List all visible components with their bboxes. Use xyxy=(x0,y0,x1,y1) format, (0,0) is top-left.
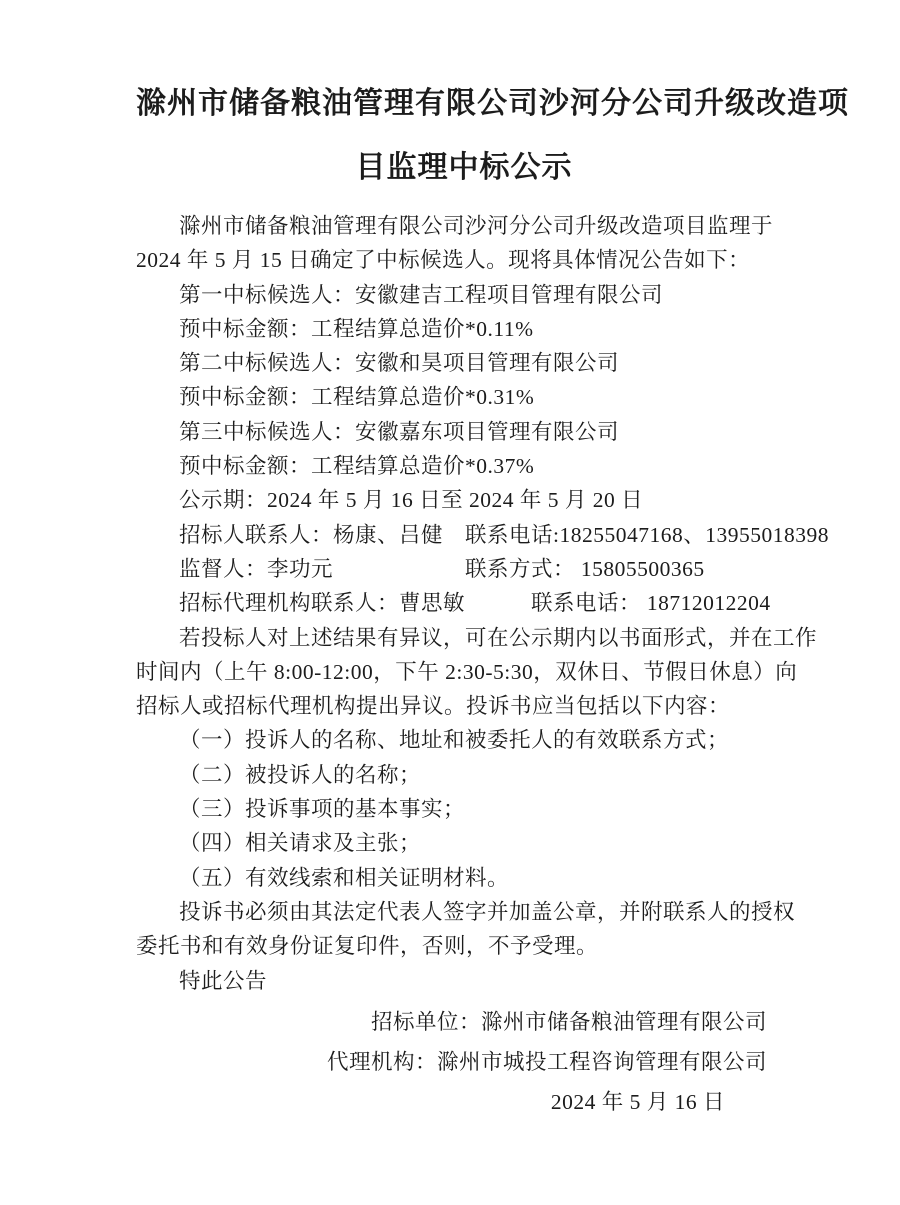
body-line-price-3: 预中标金额：工程结算总造价*0.37% xyxy=(136,449,792,483)
signature-line-agency: 代理机构：滁州市城投工程咨询管理有限公司 xyxy=(136,1042,767,1082)
body-line-price-2: 预中标金额：工程结算总造价*0.31% xyxy=(136,380,792,414)
document-title: 滁州市储备粮油管理有限公司沙河分公司升级改造项 目监理中标公示 xyxy=(136,72,792,200)
body-line-complaint-1: 投诉书必须由其法定代表人签字并加盖公章，并附联系人的授权 xyxy=(136,895,792,929)
signature-block: 招标单位：滁州市储备粮油管理有限公司 代理机构：滁州市城投工程咨询管理有限公司 … xyxy=(136,1002,792,1122)
body-line-agency-contact: 招标代理机构联系人：曹思敏 联系电话： 18712012204 xyxy=(136,586,792,620)
document-page: 滁州市储备粮油管理有限公司沙河分公司升级改造项 目监理中标公示 滁州市储备粮油管… xyxy=(0,0,900,1205)
body-line-objection-2: 时间内（上午 8:00-12:00，下午 2:30-5:30，双休日、节假日休息… xyxy=(136,655,792,689)
body-line-complaint-2: 委托书和有效身份证复印件，否则，不予受理。 xyxy=(136,929,792,963)
body-line-item-4: （四）相关请求及主张； xyxy=(136,826,792,860)
signature-date: 2024 年 5 月 16 日 xyxy=(136,1082,725,1122)
body-line-candidate-1: 第一中标候选人：安徽建吉工程项目管理有限公司 xyxy=(136,278,792,312)
signature-line-tenderer: 招标单位：滁州市储备粮油管理有限公司 xyxy=(136,1002,767,1042)
body-line-tenderer-contact: 招标人联系人：杨康、吕健 联系电话:18255047168、1395501839… xyxy=(136,518,792,552)
document-title-line-1: 滁州市储备粮油管理有限公司沙河分公司升级改造项 xyxy=(136,72,792,136)
body-line-supervisor: 监督人：李功元 联系方式： 15805500365 xyxy=(136,552,792,586)
body-line-item-3: （三）投诉事项的基本事实； xyxy=(136,792,792,826)
body-line-candidate-2: 第二中标候选人：安徽和昊项目管理有限公司 xyxy=(136,346,792,380)
document-title-line-2: 目监理中标公示 xyxy=(136,136,792,200)
document-body: 滁州市储备粮油管理有限公司沙河分公司升级改造项目监理于 2024 年 5 月 1… xyxy=(136,209,792,998)
body-line-objection-1: 若投标人对上述结果有异议，可在公示期内以书面形式，并在工作 xyxy=(136,621,792,655)
body-line-intro-2: 2024 年 5 月 15 日确定了中标候选人。现将具体情况公告如下： xyxy=(136,243,792,277)
body-line-publicity-period: 公示期：2024 年 5 月 16 日至 2024 年 5 月 20 日 xyxy=(136,483,792,517)
body-line-price-1: 预中标金额：工程结算总造价*0.11% xyxy=(136,312,792,346)
body-line-item-5: （五）有效线索和相关证明材料。 xyxy=(136,861,792,895)
body-line-candidate-3: 第三中标候选人：安徽嘉东项目管理有限公司 xyxy=(136,415,792,449)
body-line-item-1: （一）投诉人的名称、地址和被委托人的有效联系方式； xyxy=(136,723,792,757)
body-line-intro-1: 滁州市储备粮油管理有限公司沙河分公司升级改造项目监理于 xyxy=(136,209,792,243)
body-line-closing: 特此公告 xyxy=(136,964,792,998)
body-line-objection-3: 招标人或招标代理机构提出异议。投诉书应当包括以下内容： xyxy=(136,689,792,723)
document-content: 滁州市储备粮油管理有限公司沙河分公司升级改造项 目监理中标公示 滁州市储备粮油管… xyxy=(0,0,900,1122)
body-line-item-2: （二）被投诉人的名称； xyxy=(136,758,792,792)
